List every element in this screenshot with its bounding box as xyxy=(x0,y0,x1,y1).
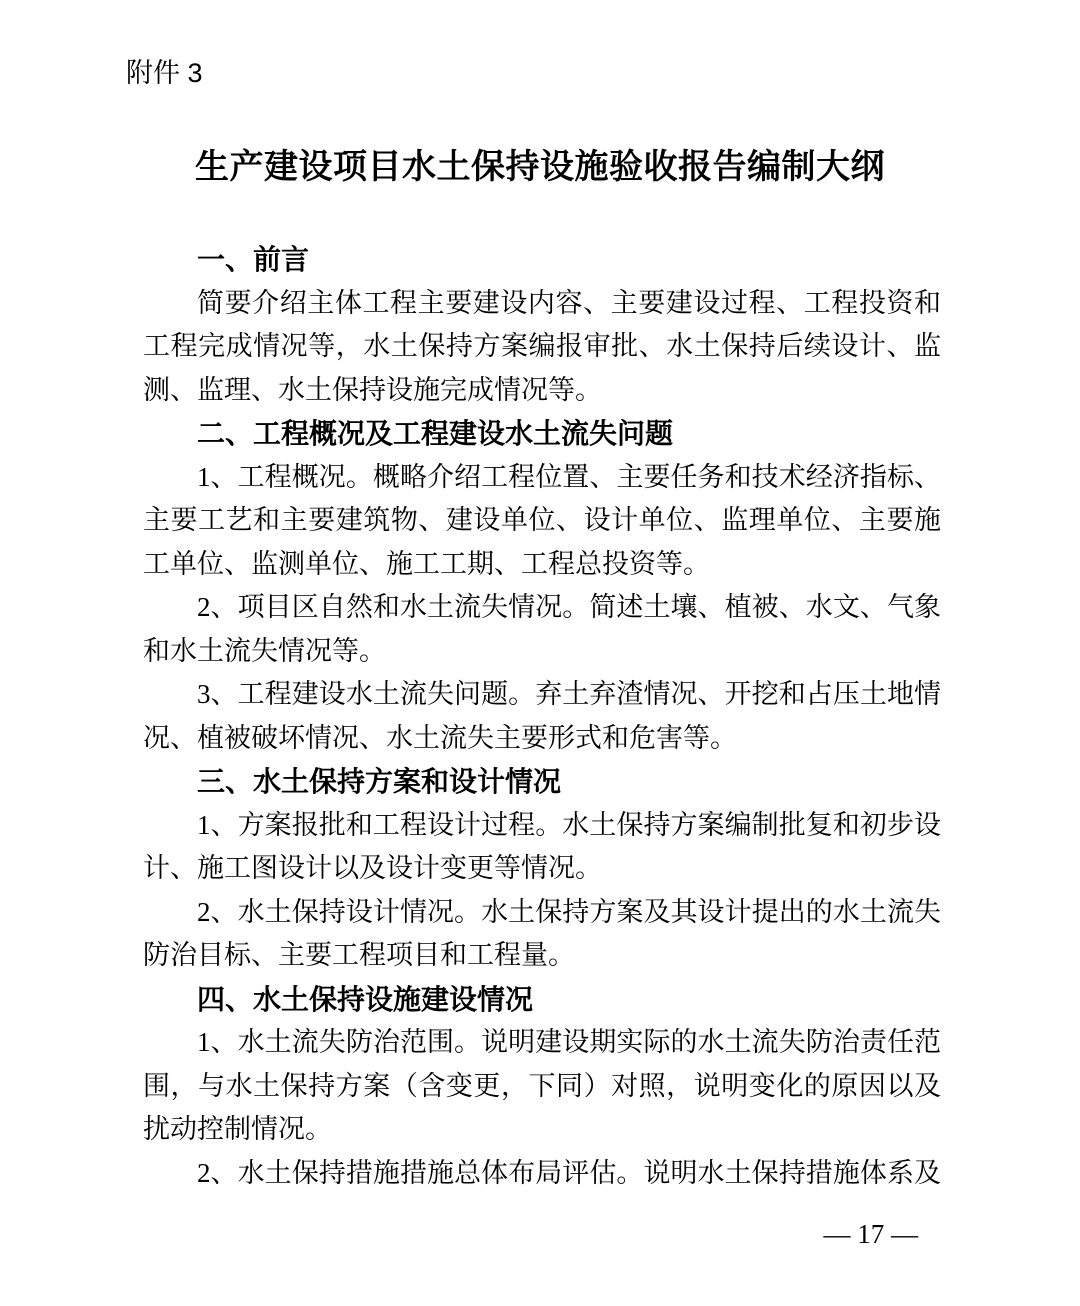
section-heading: 三、水土保持方案和设计情况 xyxy=(143,760,941,804)
document-line: 1、工程概况。概略介绍工程位置、主要任务和技术经济指标、 xyxy=(143,456,941,500)
document-page: 附件 3 生产建设项目水土保持设施验收报告编制大纲 一、前言简要介绍主体工程主要… xyxy=(0,0,1080,1306)
document-line: 2、水土保持设计情况。水土保持方案及其设计提出的水土流失 xyxy=(143,891,941,935)
document-line: 2、水土保持措施措施总体布局评估。说明水土保持措施体系及 xyxy=(143,1152,941,1196)
document-line: 和水土流失情况等。 xyxy=(143,630,941,674)
document-line: 扰动控制情况。 xyxy=(143,1108,941,1152)
page-number: — 17 — xyxy=(824,1216,919,1252)
document-line: 简要介绍主体工程主要建设内容、主要建设过程、工程投资和 xyxy=(143,282,941,326)
document-title: 生产建设项目水土保持设施验收报告编制大纲 xyxy=(0,146,1080,190)
attachment-label: 附件 3 xyxy=(126,56,203,90)
section-heading: 二、工程概况及工程建设水土流失问题 xyxy=(143,412,941,456)
document-line: 1、水土流失防治范围。说明建设期实际的水土流失防治责任范 xyxy=(143,1021,941,1065)
document-line: 工程完成情况等，水土保持方案编报审批、水土保持后续设计、监 xyxy=(143,325,941,369)
document-line: 工单位、监测单位、施工工期、工程总投资等。 xyxy=(143,543,941,587)
document-line: 计、施工图设计以及设计变更等情况。 xyxy=(143,847,941,891)
section-heading: 一、前言 xyxy=(143,238,941,282)
document-body: 一、前言简要介绍主体工程主要建设内容、主要建设过程、工程投资和工程完成情况等，水… xyxy=(143,238,941,1195)
document-line: 1、方案报批和工程设计过程。水土保持方案编制批复和初步设 xyxy=(143,804,941,848)
document-line: 测、监理、水土保持设施完成情况等。 xyxy=(143,369,941,413)
document-line: 防治目标、主要工程项目和工程量。 xyxy=(143,934,941,978)
document-line: 2、项目区自然和水土流失情况。简述土壤、植被、水文、气象 xyxy=(143,586,941,630)
document-line: 况、植被破坏情况、水土流失主要形式和危害等。 xyxy=(143,717,941,761)
document-line: 围，与水土保持方案（含变更，下同）对照，说明变化的原因以及 xyxy=(143,1065,941,1109)
section-heading: 四、水土保持设施建设情况 xyxy=(143,978,941,1022)
document-line: 主要工艺和主要建筑物、建设单位、设计单位、监理单位、主要施 xyxy=(143,499,941,543)
document-line: 3、工程建设水土流失问题。弃土弃渣情况、开挖和占压土地情 xyxy=(143,673,941,717)
